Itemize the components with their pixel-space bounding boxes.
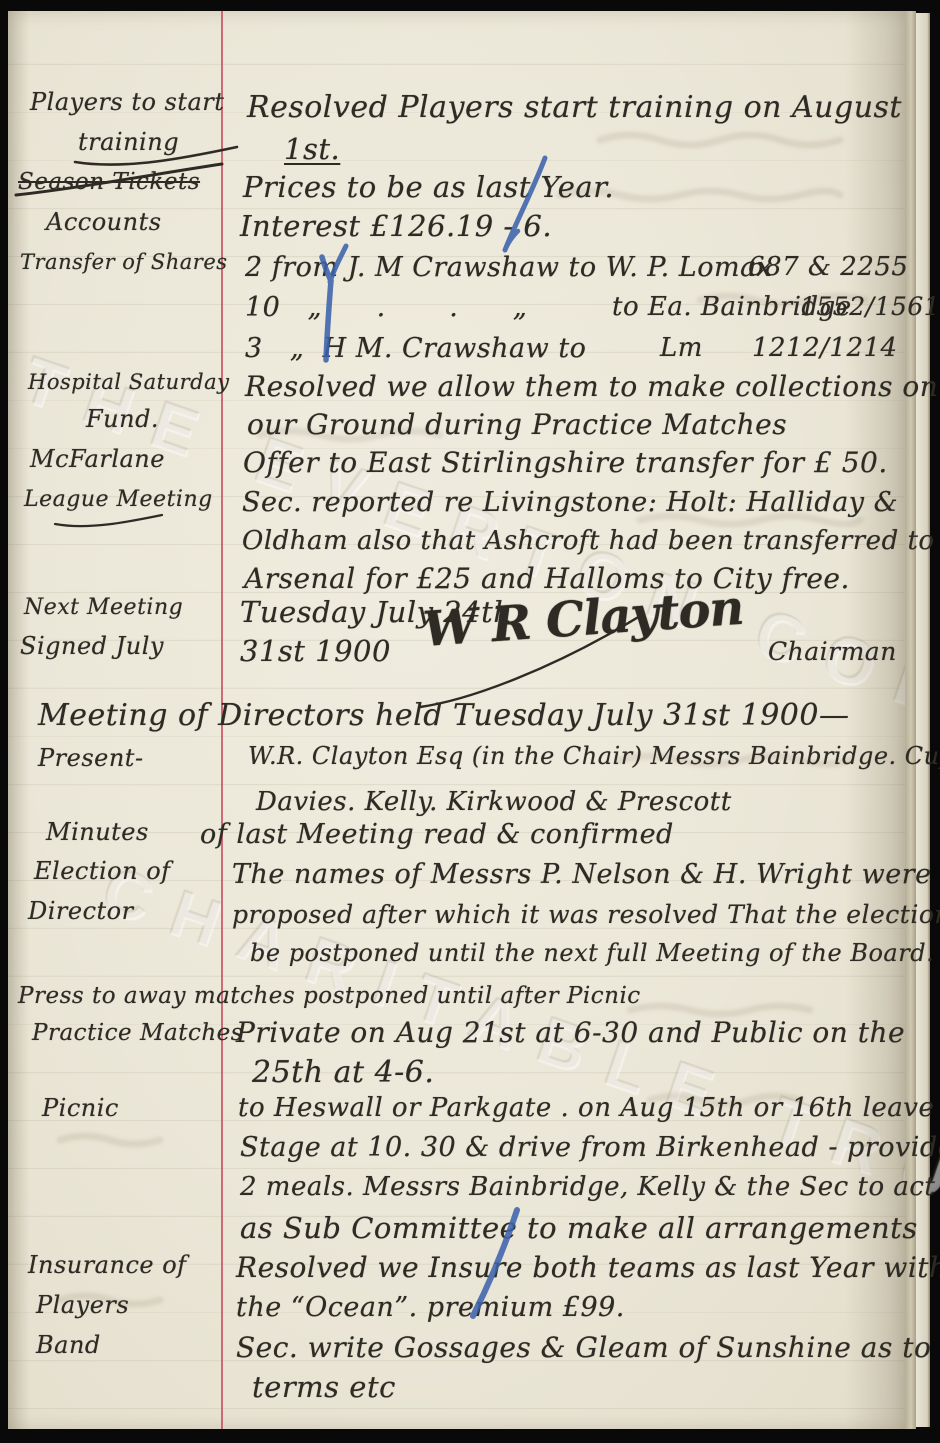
- minute-line: Stage at 10. 30 & drive from Birkenhead …: [240, 1133, 940, 1162]
- margin-heading-signed-july: Signed July: [20, 634, 164, 660]
- binding-shadow: [8, 11, 30, 1429]
- minute-line: Oldham also that Ashcroft had been trans…: [242, 527, 935, 555]
- margin-heading-next-meeting: Next Meeting: [24, 596, 183, 620]
- margin-heading-players: Players: [36, 1293, 129, 1319]
- margin-heading-fund: Fund.: [86, 407, 159, 433]
- minute-line: Resolved we Insure both teams as last Ye…: [236, 1253, 940, 1283]
- meeting-title: Meeting of Directors held Tuesday July 3…: [38, 700, 849, 732]
- minute-line: terms etc: [252, 1372, 396, 1403]
- next-page-sliver: [916, 13, 930, 1427]
- minute-line: as Sub Committee to make all arrangement…: [240, 1213, 918, 1244]
- attendees-line: W.R. Clayton Esq (in the Chair) Messrs B…: [248, 744, 940, 770]
- share-certificate-numbers: 687 & 2255: [748, 253, 908, 281]
- minute-line: 1st.: [284, 134, 340, 165]
- minute-line: proposed after which it was resolved Tha…: [232, 901, 940, 928]
- minute-line: Offer to East Stirlingshire transfer for…: [243, 448, 888, 478]
- minute-line: our Ground during Practice Matches: [247, 410, 787, 440]
- margin-heading-minutes: Minutes: [46, 820, 149, 846]
- photo-frame: THE EVERTON COLLECTION CHARITABLE TRUST …: [0, 0, 940, 1443]
- margin-heading-director: Director: [28, 899, 134, 925]
- margin-heading-insurance-of: Insurance of: [28, 1253, 187, 1279]
- minute-line: Interest £126.19 - 6.: [240, 211, 552, 242]
- minute-line: Prices to be as last Year.: [243, 172, 614, 203]
- share-transfer-row: 2 from J. M Crawshaw to W. P. Lomax: [245, 253, 772, 282]
- minute-line: be postponed until the next full Meeting…: [250, 941, 934, 967]
- minute-line: Private on Aug 21st at 6-30 and Public o…: [236, 1018, 905, 1048]
- margin-heading-practice-matches: Practice Matches: [32, 1021, 243, 1046]
- margin-heading-transfer-of-shares: Transfer of Shares: [20, 251, 228, 274]
- margin-heading-mcfarlane: McFarlane: [30, 447, 165, 473]
- minute-line: Sec. write Gossages & Gleam of Sunshine …: [236, 1333, 931, 1363]
- margin-heading-league-meeting: League Meeting: [24, 488, 213, 512]
- margin-heading-hospital-saturday: Hospital Saturday: [28, 371, 229, 394]
- press-note-line: Press to away matches postponed until af…: [18, 984, 641, 1009]
- share-certificate-numbers: 1552/1561: [800, 293, 940, 320]
- share-transfer-row: 3 „ H M. Crawshaw to: [245, 334, 586, 363]
- share-transfer-row: 10 „ . . „: [245, 293, 527, 322]
- share-certificate-numbers: 1212/1214: [752, 334, 898, 362]
- minute-line: 2 meals. Messrs Bainbridge, Kelly & the …: [240, 1173, 935, 1201]
- minute-line: Resolved we allow them to make collectio…: [245, 372, 938, 402]
- margin-heading-picnic: Picnic: [42, 1096, 119, 1122]
- margin-heading-election-of: Election of: [34, 859, 171, 885]
- minute-line: of last Meeting read & confirmed: [200, 820, 674, 849]
- minute-line: The names of Messrs P. Nelson & H. Wrigh…: [232, 860, 932, 889]
- signed-date: 31st 1900: [240, 636, 391, 667]
- scanned-minute-book-photo: { "watermark": { "upper": "THE EVERTON C…: [0, 0, 940, 1443]
- margin-heading-accounts: Accounts: [46, 210, 162, 236]
- margin-heading-present: Present-: [38, 746, 144, 772]
- margin-heading-players-to-start: Players to start: [30, 90, 224, 116]
- margin-heading-band: Band: [36, 1333, 101, 1359]
- margin-heading-training: training: [78, 130, 179, 156]
- minute-line: Sec. reported re Livingstone: Holt: Hall…: [242, 488, 898, 517]
- margin-heading-season-tickets: Season Tickets: [18, 170, 200, 195]
- minute-line: Resolved Players start training on Augus…: [247, 92, 902, 124]
- minute-line: the “Ocean”. premium £99.: [236, 1293, 625, 1322]
- minute-line: Arsenal for £25 and Halloms to City free…: [244, 564, 850, 594]
- minute-line: to Heswall or Parkgate . on Aug 15th or …: [238, 1094, 934, 1122]
- signature-role: Chairman: [768, 638, 897, 665]
- share-transfer-to: Lm: [660, 334, 703, 362]
- minute-line: 25th at 4-6.: [252, 1057, 434, 1089]
- attendees-line: Davies. Kelly. Kirkwood & Prescott: [256, 788, 732, 816]
